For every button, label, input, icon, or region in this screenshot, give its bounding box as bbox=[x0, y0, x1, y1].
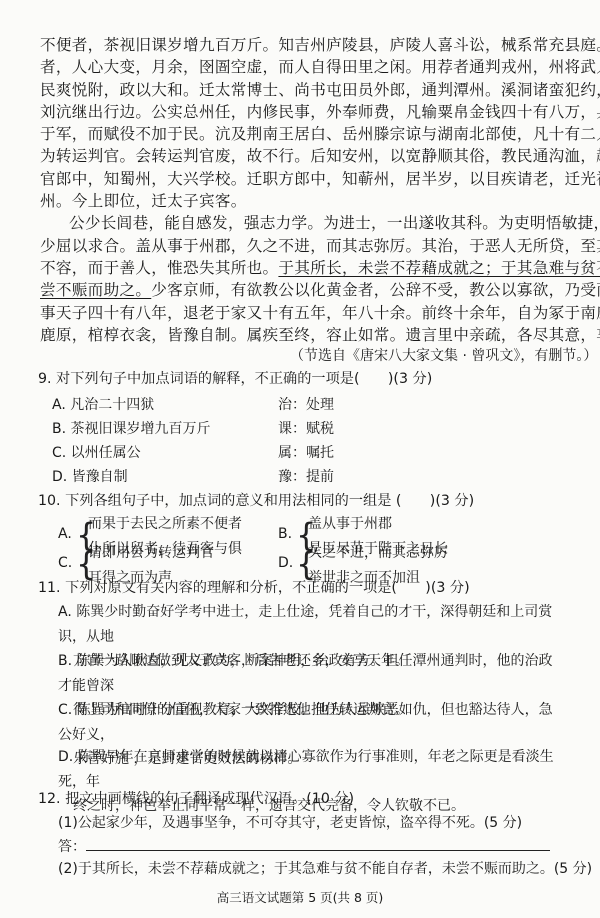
q9-option-d-explain: 豫：提前 bbox=[278, 466, 334, 486]
question-11-stem: 11. 下列对原文有关内容的理解和分析，不正确的一项是( )(3 分) bbox=[38, 577, 470, 597]
passage-line: 刘沆继出行边。公实总州任，内修民事，外奉师费，凡输粟帛金钱四十有八万，兵械称之，… bbox=[40, 101, 560, 123]
q9-option-c: C. 以州任属公 bbox=[52, 442, 141, 462]
q9-option-c-explain: 属：嘱托 bbox=[278, 442, 334, 462]
sentence-1: 盖从事于州郡 bbox=[308, 513, 392, 533]
underlined-sentence: 尝不赈而助之。 bbox=[40, 281, 151, 299]
sentence-1: 而果于去民之所素不便者 bbox=[88, 513, 242, 533]
option-label: B. bbox=[278, 526, 292, 542]
question-12-stem: 12. 把文中画横线的句子翻译成现代汉语。(10 分) bbox=[38, 788, 354, 808]
page-footer: 高三语文试题第 5 页(共 8 页) bbox=[0, 888, 600, 906]
option-line: C. 陈巽为官时十分重视教育，大兴学校。他为人虽嫉恶如仇，但也豁达待人，急公好义… bbox=[58, 698, 563, 747]
q12-sub2: (2)于其所长，未尝不荐藉成就之；于其急难与贫不能自存者，未尝不赈而助之。(5 … bbox=[58, 858, 558, 878]
option-label: C. bbox=[58, 555, 72, 571]
passage-line: 尝不赈而助之。少客京师，有欲教公以化黄金者，公辞不受，教公以寡欲，乃受而行之。盖… bbox=[40, 279, 560, 301]
passage-line: 不便者，茶视旧课岁增九百万斤。知吉州庐陵县，庐陵人喜斗讼，械系常充县庭。公除其害… bbox=[40, 34, 560, 56]
sentence-1: 请即用公为转运判官 bbox=[88, 542, 214, 562]
question-9-stem: 9. 对下列句子中加点词语的解释，不正确的一项是( )(3 分) bbox=[38, 368, 432, 388]
reading-passage: 不便者，茶视旧课岁增九百万斤。知吉州庐陵县，庐陵人喜斗讼，械系常充县庭。公除其害… bbox=[40, 34, 560, 346]
passage-line: 鹿原，棺椁衣衾，皆豫自制。属疾至终，容止如常。遗言里中亲疏，各尽其意，享年八十有… bbox=[40, 324, 560, 346]
option-label: A. bbox=[58, 526, 72, 542]
passage-line: 不容，而于善人，惟恐失其所也。于其所长，未尝不荐藉成就之；于其急难与贫不能自存者… bbox=[40, 257, 560, 279]
q9-option-d: D. 皆豫自制 bbox=[52, 466, 128, 486]
option-label: D. bbox=[278, 555, 293, 571]
q9-option-b-explain: 课：赋税 bbox=[278, 418, 334, 438]
passage-line: 民爽悦附，政以大和。迁太常博士、尚书屯田员外郎，通判潭州。溪洞诸蛮犯约，知州事刘… bbox=[40, 79, 560, 101]
passage-line: 为转运判官。会转运判官废，故不行。后知安州，以宽静顺其俗，教民通沟洫，趋农桑。迁… bbox=[40, 145, 560, 167]
option-line: B. 陈巽为人耿直，见义敢为，断案神明，治政有方。担任潭州通判时，他的治政才能曾… bbox=[58, 649, 563, 698]
passage-line: 官郎中，知蜀州，大兴学校。迁职方郎中，知蕲州，居半岁，以目疾请老，迁光禄卿致仕，… bbox=[40, 168, 560, 190]
passage-line: 公少长闾巷，能自感发，强志力学。为进士，一出遂收其科。为吏明悟敏捷，见义敢为，不 bbox=[40, 212, 560, 234]
answer-line-1[interactable] bbox=[86, 836, 550, 851]
answer-label: 答： bbox=[58, 839, 86, 855]
q9-option-a-explain: 治：处理 bbox=[278, 394, 334, 414]
passage-line: 州。今上即位，迁太子宾客。 bbox=[40, 190, 560, 212]
option-line: A. 陈巽少时勤奋好学考中进士，走上仕途，凭着自己的才干，深得朝廷和上司赏识，从… bbox=[58, 600, 563, 649]
passage-line: 事天子四十有八年，退老于家又十有五年，年八十余。前终十余年，自为冢于南康军星子县… bbox=[40, 302, 560, 324]
passage-text: 不容，而于善人，惟恐失其所也。 bbox=[40, 259, 278, 277]
passage-line: 者，人心大变，月余，囹圄空虚，而人自得田里之闲。用荐者通判戎州，州将武人，以州任… bbox=[40, 56, 560, 78]
sentence-1: 久之不进，而其志弥厉 bbox=[308, 542, 448, 562]
passage-source: （节选自《唐宋八大家文集 · 曾巩文》，有删节。） bbox=[290, 345, 597, 365]
question-10-stem: 10. 下列各组句子中，加点词的意义和用法相同的一组是 ( )(3 分) bbox=[38, 490, 474, 510]
passage-text: 少客京师，有欲教公以化黄金者，公辞不受，教公以寡欲，乃受而行之。盖出 bbox=[151, 281, 600, 299]
option-line: D. 陈巽早年在京师求学的时候就以清心寡欲作为行事准则，年老之际更是看淡生死，年 bbox=[58, 745, 563, 794]
q9-option-b: B. 茶视旧课岁增九百万斤 bbox=[52, 418, 211, 438]
q12-sub1: (1)公起家少年，及遇事坚争，不可夺其守，老吏皆惊，盗卒得不死。(5 分) bbox=[58, 812, 558, 832]
exam-page: 不便者，茶视旧课岁增九百万斤。知吉州庐陵县，庐陵人喜斗讼，械系常充县庭。公除其害… bbox=[0, 0, 600, 918]
q12-answer-1[interactable]: 答： bbox=[58, 836, 558, 856]
underlined-sentence: 于其所长，未尝不荐藉成就之；于其急难与贫不能自存者，未 bbox=[278, 259, 600, 277]
passage-line: 少屈以求合。盖从事于州郡，久之不进，而其志弥厉。其治，于恶人无所贷，至其过失，则… bbox=[40, 235, 560, 257]
passage-line: 于军，而赋役不加于民。沆及荆南王居白、岳州滕宗谅与湖南北部使，凡十有二人，请即用… bbox=[40, 123, 560, 145]
q9-option-a: A. 凡治二十四狱 bbox=[52, 394, 154, 414]
